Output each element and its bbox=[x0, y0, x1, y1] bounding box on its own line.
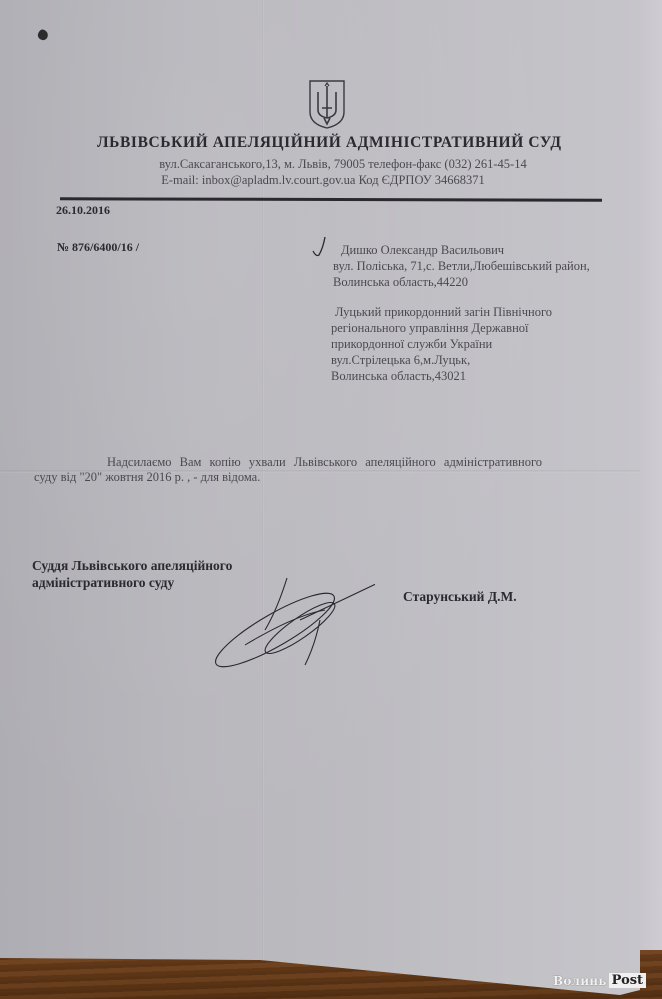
recipient-1-region: Волинська область,44220 bbox=[333, 274, 590, 290]
recipient-1: Дишко Олександр Васильович вул. Поліська… bbox=[333, 242, 590, 290]
recipient-2-line-2: регіонального управління Державної bbox=[331, 320, 552, 336]
judge-title: Суддя Львівського апеляційного адміністр… bbox=[32, 557, 232, 591]
watermark-part-1: Волинь bbox=[553, 974, 607, 988]
volyn-post-watermark: Волинь Post bbox=[553, 973, 646, 988]
recipient-2-line-5: Волинська область,43021 bbox=[331, 368, 552, 384]
recipient-2-line-1: Луцький прикордонний загін Північного bbox=[331, 304, 552, 320]
judge-title-line-1: Суддя Львівського апеляційного bbox=[32, 557, 232, 574]
ink-stain bbox=[36, 28, 50, 42]
header-divider bbox=[60, 197, 602, 201]
judge-title-line-2: адміністративного суду bbox=[32, 574, 232, 591]
recipient-2-line-4: вул.Стрілецька 6,м.Луцьк, bbox=[331, 352, 552, 368]
recipient-2-line-3: прикордонної служби України bbox=[331, 336, 552, 352]
letter-date: 26.10.2016 bbox=[56, 203, 110, 218]
recipient-1-name: Дишко Олександр Васильович bbox=[333, 242, 590, 258]
watermark-part-2: Post bbox=[609, 973, 646, 988]
court-letter-page: ЛЬВІВСЬКИЙ АПЕЛЯЦІЙНИЙ АДМІНІСТРАТИВНИЙ … bbox=[0, 0, 640, 999]
court-name: ЛЬВІВСЬКИЙ АПЕЛЯЦІЙНИЙ АДМІНІСТРАТИВНИЙ … bbox=[97, 134, 567, 152]
handwritten-signature-icon bbox=[205, 570, 375, 670]
court-address: вул.Саксаганського,13, м. Львів, 79005 т… bbox=[108, 157, 578, 172]
body-text-line-2: суду від "20" жовтня 2016 р. , - для від… bbox=[34, 470, 260, 485]
coat-of-arms-trident-icon bbox=[307, 78, 347, 130]
body-text-line-1: Надсилаємо Вам копію ухвали Львівського … bbox=[107, 455, 542, 470]
recipient-2: Луцький прикордонний загін Північного ре… bbox=[331, 304, 552, 384]
registration-number: № 876/6400/16 / bbox=[57, 240, 139, 255]
recipient-1-street: вул. Поліська, 71,с. Ветли,Любешівський … bbox=[333, 258, 590, 274]
court-email: E-mail: inbox@apladm.lv.court.gov.ua Код… bbox=[108, 173, 538, 188]
judge-name: Старунський Д.М. bbox=[403, 589, 517, 605]
handwritten-check-icon bbox=[311, 236, 327, 258]
